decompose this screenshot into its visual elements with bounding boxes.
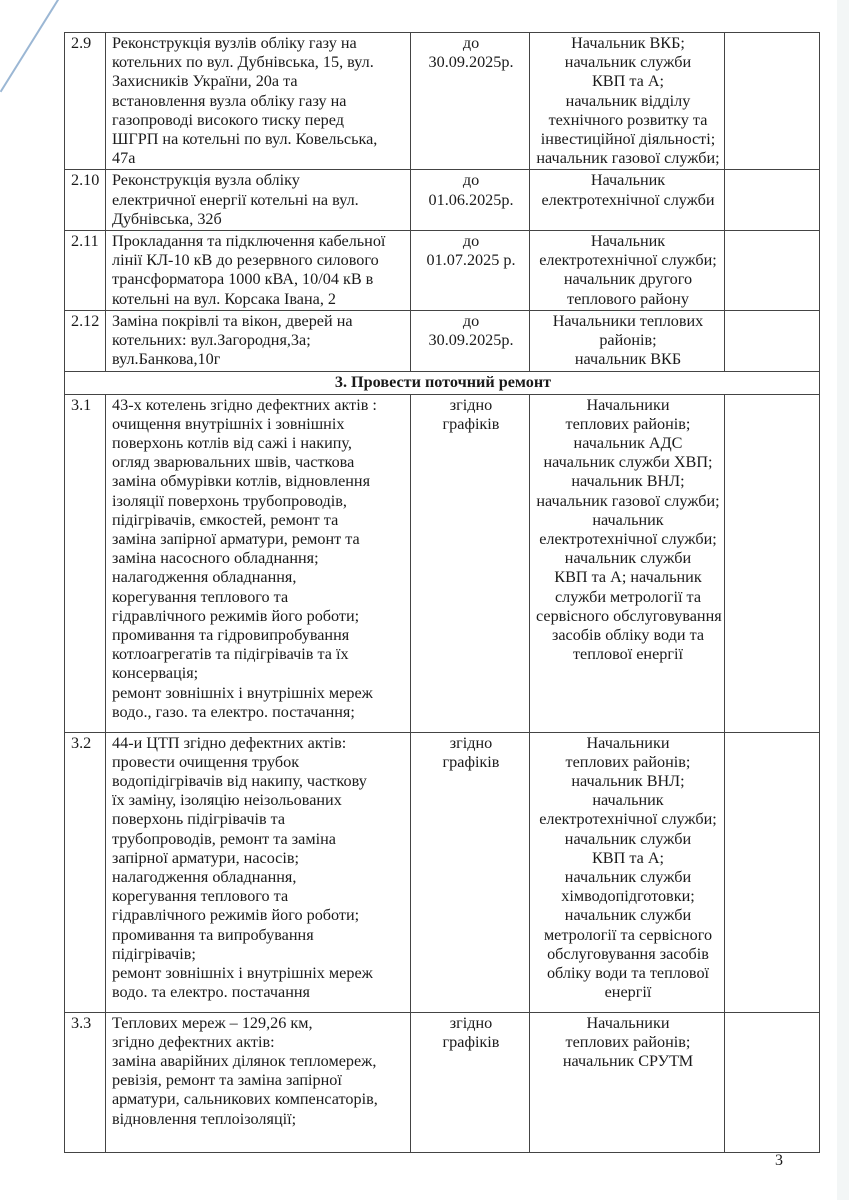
task-description-line: заміна аварійних ділянок тепломереж, (112, 1052, 406, 1071)
task-description-line: ізоляції поверхонь трубопроводів, (112, 492, 406, 511)
deadline: до01.06.2025р. (411, 170, 530, 231)
task-description-line: запірної арматури, насосів; (112, 849, 406, 868)
table-row: 3.244-и ЦТП згідно дефектних актів:прове… (65, 732, 820, 1012)
responsible-persons-line: начальник другого (536, 270, 720, 289)
row-number: 2.12 (65, 311, 106, 372)
responsible-persons: Начальник ВКБ;начальник службиКВП та А;н… (530, 33, 725, 170)
responsible-persons-line: КВП та А; начальник (536, 568, 720, 587)
task-description-line: консервація; (112, 664, 406, 683)
task-description: 44-и ЦТП згідно дефектних актів:провести… (106, 732, 411, 1012)
deadline: до01.07.2025 р. (411, 231, 530, 311)
responsible-persons-line: начальник служби (536, 906, 720, 925)
task-description-line: електричної енергії котельні на вул. (112, 191, 406, 210)
responsible-persons-line: електротехнічної служби; (536, 530, 720, 549)
deadline-line: до (417, 171, 525, 190)
task-description-line: котельних по вул. Дубнівська, 15, вул. (112, 53, 406, 72)
task-description: Реконструкція вузла облікуелектричної ен… (106, 170, 411, 231)
responsible-persons-line: теплових районів; (536, 1033, 720, 1052)
responsible-persons-line: обліку води та теплової (536, 964, 720, 983)
responsible-persons-line: КВП та А; (536, 849, 720, 868)
deadline-line: до (417, 232, 525, 251)
deadline-line: до (417, 312, 525, 331)
responsible-persons-line: теплових районів; (536, 415, 720, 434)
task-description-line: ремонт зовнішніх і внутрішніх мереж (112, 964, 406, 983)
task-description-line: Захисників України, 20а та (112, 72, 406, 91)
row-number: 2.11 (65, 231, 106, 311)
task-description-line: їх заміну, ізоляцію неізольованих (112, 791, 406, 810)
deadline: згіднографіків (411, 732, 530, 1012)
task-description-line: налагодження обладнання, (112, 868, 406, 887)
task-description-line: корегування теплового та (112, 588, 406, 607)
row-number: 3.3 (65, 1012, 106, 1152)
deadline: згіднографіків (411, 1012, 530, 1152)
note-cell (725, 33, 820, 170)
responsible-persons-line: Начальники (536, 396, 720, 415)
task-description-line: ревізія, ремонт та заміна запірної (112, 1071, 406, 1090)
task-description-line: 44-и ЦТП згідно дефектних актів: (112, 734, 406, 753)
deadline-line: згідно (417, 396, 525, 415)
responsible-persons-line: енергії (536, 983, 720, 1002)
deadline-line: згідно (417, 1014, 525, 1033)
responsible-persons-line: Начальники (536, 1014, 720, 1033)
task-description-line: заміна насосного обладнання; (112, 549, 406, 568)
note-cell (725, 170, 820, 231)
responsible-persons-line: начальник ВНЛ; (536, 472, 720, 491)
responsible-persons-line: начальник СРУТМ (536, 1052, 720, 1071)
task-description-line: 47а (112, 149, 406, 168)
deadline-line: графіків (417, 753, 525, 772)
task-description-line: огляд зварювальних швів, часткова (112, 453, 406, 472)
task-description-line: водо. та електро. постачання (112, 983, 406, 1002)
responsible-persons-line: технічного розвитку та (536, 111, 720, 130)
responsible-persons-line: сервісного обслуговування (536, 607, 720, 626)
responsible-persons-line: електротехнічної служби; (536, 810, 720, 829)
task-description-line: Дубнівська, 32б (112, 210, 406, 229)
task-description: Реконструкція вузлів обліку газу накотел… (106, 33, 411, 170)
responsible-persons-line: начальник (536, 511, 720, 530)
task-description: 43-х котелень згідно дефектних актів :оч… (106, 394, 411, 732)
task-description-line: встановлення вузла обліку газу на (112, 92, 406, 111)
responsible-persons-line: Начальники (536, 734, 720, 753)
responsible-persons-line: метрології та сервісного (536, 926, 720, 945)
task-description-line: Прокладання та підключення кабельної (112, 232, 406, 251)
task-description: Заміна покрівлі та вікон, дверей накотел… (106, 311, 411, 372)
responsible-persons-line: КВП та А; (536, 72, 720, 91)
task-description-line: гідравлічного режимів його роботи; (112, 607, 406, 626)
task-description-line: трансформатора 1000 кВА, 10/04 кВ в (112, 270, 406, 289)
task-description-line: Реконструкція вузлів обліку газу на (112, 34, 406, 53)
responsible-persons: Начальникелектротехнічної служби (530, 170, 725, 231)
responsible-persons-line: обслуговування засобів (536, 945, 720, 964)
responsible-persons-line: Начальник ВКБ; (536, 34, 720, 53)
deadline-line: графіків (417, 1033, 525, 1052)
task-description-line: арматури, сальникових компенсаторів, (112, 1090, 406, 1109)
responsible-persons-line: начальник газової служби; (536, 492, 720, 511)
task-description-line: провести очищення трубок (112, 753, 406, 772)
responsible-persons-line: електротехнічної служби; (536, 251, 720, 270)
deadline: згіднографіків (411, 394, 530, 732)
responsible-persons-line: начальник ВНЛ; (536, 772, 720, 791)
deadline: до30.09.2025р. (411, 33, 530, 170)
responsible-persons-line: Начальники теплових (536, 312, 720, 331)
task-description-line: промивання та випробування (112, 926, 406, 945)
note-cell (725, 311, 820, 372)
task-description-line: трубопроводів, ремонт та заміна (112, 830, 406, 849)
note-cell (725, 1012, 820, 1152)
section-header-row: 3. Провести поточний ремонт (65, 371, 820, 394)
task-description-line: котельних: вул.Загородня,3а; (112, 331, 406, 350)
deadline-line: 01.07.2025 р. (417, 251, 525, 270)
deadline-line: до (417, 34, 525, 53)
deadline: до30.09.2025р. (411, 311, 530, 372)
deadline-line: згідно (417, 734, 525, 753)
task-description-line: налагодження обладнання, (112, 568, 406, 587)
responsible-persons-line: начальник АДС (536, 434, 720, 453)
responsible-persons-line: служби метрології та (536, 588, 720, 607)
task-description-line: промивання та гідровипробування (112, 626, 406, 645)
row-number: 2.10 (65, 170, 106, 231)
work-plan-table: 2.9Реконструкція вузлів обліку газу нако… (64, 32, 820, 1153)
responsible-persons-line: начальник служби (536, 549, 720, 568)
table-row: 2.11Прокладання та підключення кабельної… (65, 231, 820, 311)
task-description: Теплових мереж – 129,26 км,згідно дефект… (106, 1012, 411, 1152)
responsible-persons: Начальникитеплових районів;начальник СРУ… (530, 1012, 725, 1152)
responsible-persons-line: начальник газової служби; (536, 149, 720, 168)
responsible-persons-line: теплового району (536, 290, 720, 309)
note-cell (725, 394, 820, 732)
responsible-persons: Начальникитеплових районів;начальник АДС… (530, 394, 725, 732)
page-number: 3 (775, 1152, 783, 1170)
responsible-persons-line: електротехнічної служби (536, 191, 720, 210)
responsible-persons-line: начальник (536, 791, 720, 810)
responsible-persons: Начальникитеплових районів;начальник ВНЛ… (530, 732, 725, 1012)
table-row: 2.10Реконструкція вузла облікуелектрично… (65, 170, 820, 231)
task-description-line: гідравлічного режимів його роботи; (112, 906, 406, 925)
section-title: 3. Провести поточний ремонт (65, 371, 820, 394)
task-description-line: котлоагрегатів та підігрівачів та їх (112, 645, 406, 664)
task-description-line: Теплових мереж – 129,26 км, (112, 1014, 406, 1033)
responsible-persons-line: начальник служби (536, 830, 720, 849)
responsible-persons-line: начальник ВКБ (536, 350, 720, 369)
task-description-line: заміна обмурівки котлів, відновлення (112, 472, 406, 491)
task-description: Прокладання та підключення кабельноїліні… (106, 231, 411, 311)
responsible-persons-line: начальник служби (536, 53, 720, 72)
responsible-persons-line: начальник відділу (536, 92, 720, 111)
task-description-line: 43-х котелень згідно дефектних актів : (112, 396, 406, 415)
responsible-persons-line: начальник служби ХВП; (536, 453, 720, 472)
task-description-line: водо., газо. та електро. постачання; (112, 703, 406, 722)
note-cell (725, 732, 820, 1012)
responsible-persons-line: теплової енергії (536, 645, 720, 664)
task-description-line: підігрівачів; (112, 945, 406, 964)
task-description-line: Реконструкція вузла обліку (112, 171, 406, 190)
deadline-line: графіків (417, 415, 525, 434)
task-description-line: газопроводі високого тиску перед (112, 111, 406, 130)
responsible-persons-line: начальник служби (536, 868, 720, 887)
task-description-line: заміна запірної арматури, ремонт та (112, 530, 406, 549)
table-row: 3.3Теплових мереж – 129,26 км,згідно деф… (65, 1012, 820, 1152)
task-description-line: лінії КЛ-10 кВ до резервного силового (112, 251, 406, 270)
responsible-persons-line: інвестиційної діяльності; (536, 130, 720, 149)
responsible-persons-line: Начальник (536, 171, 720, 190)
task-description-line: вул.Банкова,10г (112, 350, 406, 369)
task-description-line: відновлення теплоізоляції; (112, 1110, 406, 1129)
task-description-line: Заміна покрівлі та вікон, дверей на (112, 312, 406, 331)
task-description-line: згідно дефектних актів: (112, 1033, 406, 1052)
row-number: 2.9 (65, 33, 106, 170)
task-description-line: котельні на вул. Корсака Івана, 2 (112, 290, 406, 309)
row-number: 3.2 (65, 732, 106, 1012)
responsible-persons-line: теплових районів; (536, 753, 720, 772)
task-description-line: ремонт зовнішніх і внутрішніх мереж (112, 684, 406, 703)
task-description-line: підігрівачів, ємкостей, ремонт та (112, 511, 406, 530)
row-number: 3.1 (65, 394, 106, 732)
page-edge-strip (837, 0, 849, 1200)
deadline-line: 01.06.2025р. (417, 191, 525, 210)
task-description-line: поверхонь котлів від сажі і накипу, (112, 434, 406, 453)
table-row: 2.12Заміна покрівлі та вікон, дверей нак… (65, 311, 820, 372)
task-description-line: водопідігрівачів від накипу, часткову (112, 772, 406, 791)
deadline-line: 30.09.2025р. (417, 331, 525, 350)
responsible-persons-line: засобів обліку води та (536, 626, 720, 645)
responsible-persons: Начальники тепловихрайонів;начальник ВКБ (530, 311, 725, 372)
task-description-line: корегування теплового та (112, 887, 406, 906)
responsible-persons-line: Начальник (536, 232, 720, 251)
deadline-line: 30.09.2025р. (417, 53, 525, 72)
table-row: 3.143-х котелень згідно дефектних актів … (65, 394, 820, 732)
task-description-line: поверхонь підігрівачів та (112, 810, 406, 829)
responsible-persons: Начальникелектротехнічної служби;начальн… (530, 231, 725, 311)
responsible-persons-line: районів; (536, 331, 720, 350)
note-cell (725, 231, 820, 311)
responsible-persons-line: хімводопідготовки; (536, 887, 720, 906)
decorative-diagonal-line (0, 0, 60, 92)
task-description-line: очищення внутрішніх і зовнішніх (112, 415, 406, 434)
task-description-line: ШГРП на котельні по вул. Ковельська, (112, 130, 406, 149)
table-row: 2.9Реконструкція вузлів обліку газу нако… (65, 33, 820, 170)
